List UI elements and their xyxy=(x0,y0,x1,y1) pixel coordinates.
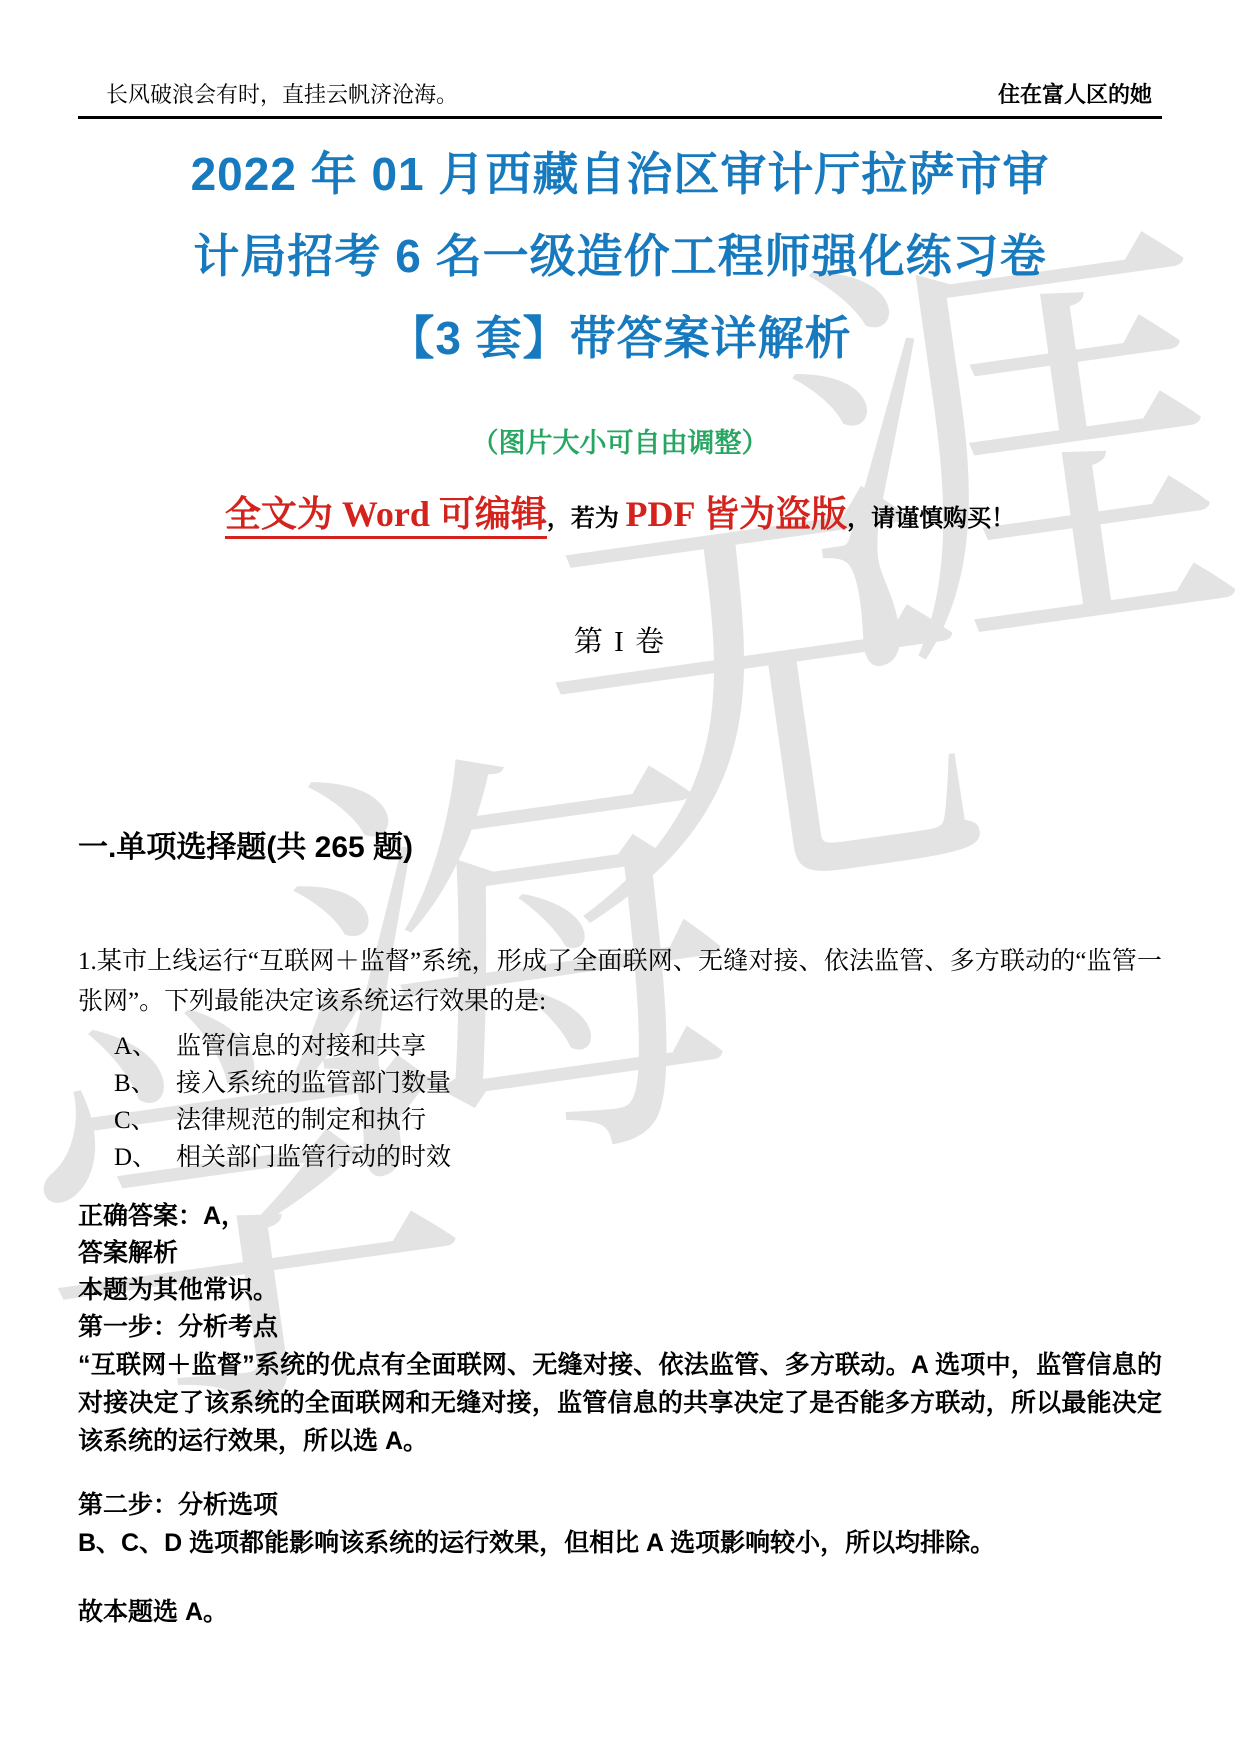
document-page: 长风破浪会有时，直挂云帆济沧海。 住在富人区的她 2022 年 01 月西藏自治… xyxy=(0,0,1240,1628)
option-c-label: C、 xyxy=(114,1102,176,1139)
option-d-label: D、 xyxy=(114,1139,176,1176)
option-a-text: 监管信息的对接和共享 xyxy=(176,1028,1162,1065)
step2-paragraph: B、C、D 选项都能影响该系统的运行效果，但相比 A 选项影响较小，所以均排除。 xyxy=(78,1524,1162,1562)
option-a: A、 监管信息的对接和共享 xyxy=(114,1028,1162,1065)
step2-block: 第二步：分析选项 B、C、D 选项都能影响该系统的运行效果，但相比 A 选项影响… xyxy=(78,1486,1162,1562)
correct-answer-line: 正确答案：A， xyxy=(78,1198,1162,1235)
conclusion-line: 故本题选 A。 xyxy=(78,1592,1162,1628)
notice-end-text: ，请谨慎购买！ xyxy=(847,505,1015,532)
option-b: B、 接入系统的监管部门数量 xyxy=(114,1065,1162,1102)
option-d-text: 相关部门监管行动的时效 xyxy=(176,1139,1162,1176)
header-right-author: 住在富人区的她 xyxy=(998,78,1152,109)
analysis-label: 答案解析 xyxy=(78,1235,1162,1272)
step2-heading: 第二步：分析选项 xyxy=(78,1486,1162,1524)
notice-mid-text: ，若为 xyxy=(547,505,626,532)
question-1-options: A、 监管信息的对接和共享 B、 接入系统的监管部门数量 C、 法律规范的制定和… xyxy=(114,1028,1162,1176)
section-heading: 一.单项选择题(共 265 题) xyxy=(78,822,1162,866)
category-line: 本题为其他常识。 xyxy=(78,1272,1162,1309)
notice-word-editable: 全文为 Word 可编辑 xyxy=(225,494,547,539)
image-resize-note: （图片大小可自由调整） xyxy=(78,421,1162,460)
step1-heading: 第一步：分析考点 xyxy=(78,1309,1162,1346)
title-line-1: 2022 年 01 月西藏自治区审计厅拉萨市审 xyxy=(78,133,1162,215)
option-b-text: 接入系统的监管部门数量 xyxy=(176,1065,1162,1102)
answer-block: 正确答案：A， 答案解析 本题为其他常识。 第一步：分析考点 xyxy=(78,1198,1162,1346)
header-left-motto: 长风破浪会有时，直挂云帆济沧海。 xyxy=(106,78,458,109)
option-b-label: B、 xyxy=(114,1065,176,1102)
volume-heading: 第 I 卷 xyxy=(78,619,1162,660)
title-line-3: 【3 套】带答案详解析 xyxy=(78,297,1162,379)
purchase-notice: 全文为 Word 可编辑，若为 PDF 皆为盗版，请谨慎购买！ xyxy=(78,486,1162,537)
title-line-2: 计局招考 6 名一级造价工程师强化练习卷 xyxy=(78,215,1162,297)
option-c-text: 法律规范的制定和执行 xyxy=(176,1102,1162,1139)
document-title: 2022 年 01 月西藏自治区审计厅拉萨市审 计局招考 6 名一级造价工程师强… xyxy=(78,133,1162,379)
option-c: C、 法律规范的制定和执行 xyxy=(114,1102,1162,1139)
option-a-label: A、 xyxy=(114,1028,176,1065)
question-1-stem: 1.某市上线运行“互联网＋监督”系统，形成了全面联网、无缝对接、依法监管、多方联… xyxy=(78,942,1162,1022)
page-header: 长风破浪会有时，直挂云帆济沧海。 住在富人区的她 xyxy=(78,78,1162,119)
step1-paragraph: “互联网＋监督”系统的优点有全面联网、无缝对接、依法监管、多方联动。A 选项中，… xyxy=(78,1346,1162,1460)
option-d: D、 相关部门监管行动的时效 xyxy=(114,1139,1162,1176)
notice-pdf-pirate: PDF 皆为盗版 xyxy=(626,494,848,534)
